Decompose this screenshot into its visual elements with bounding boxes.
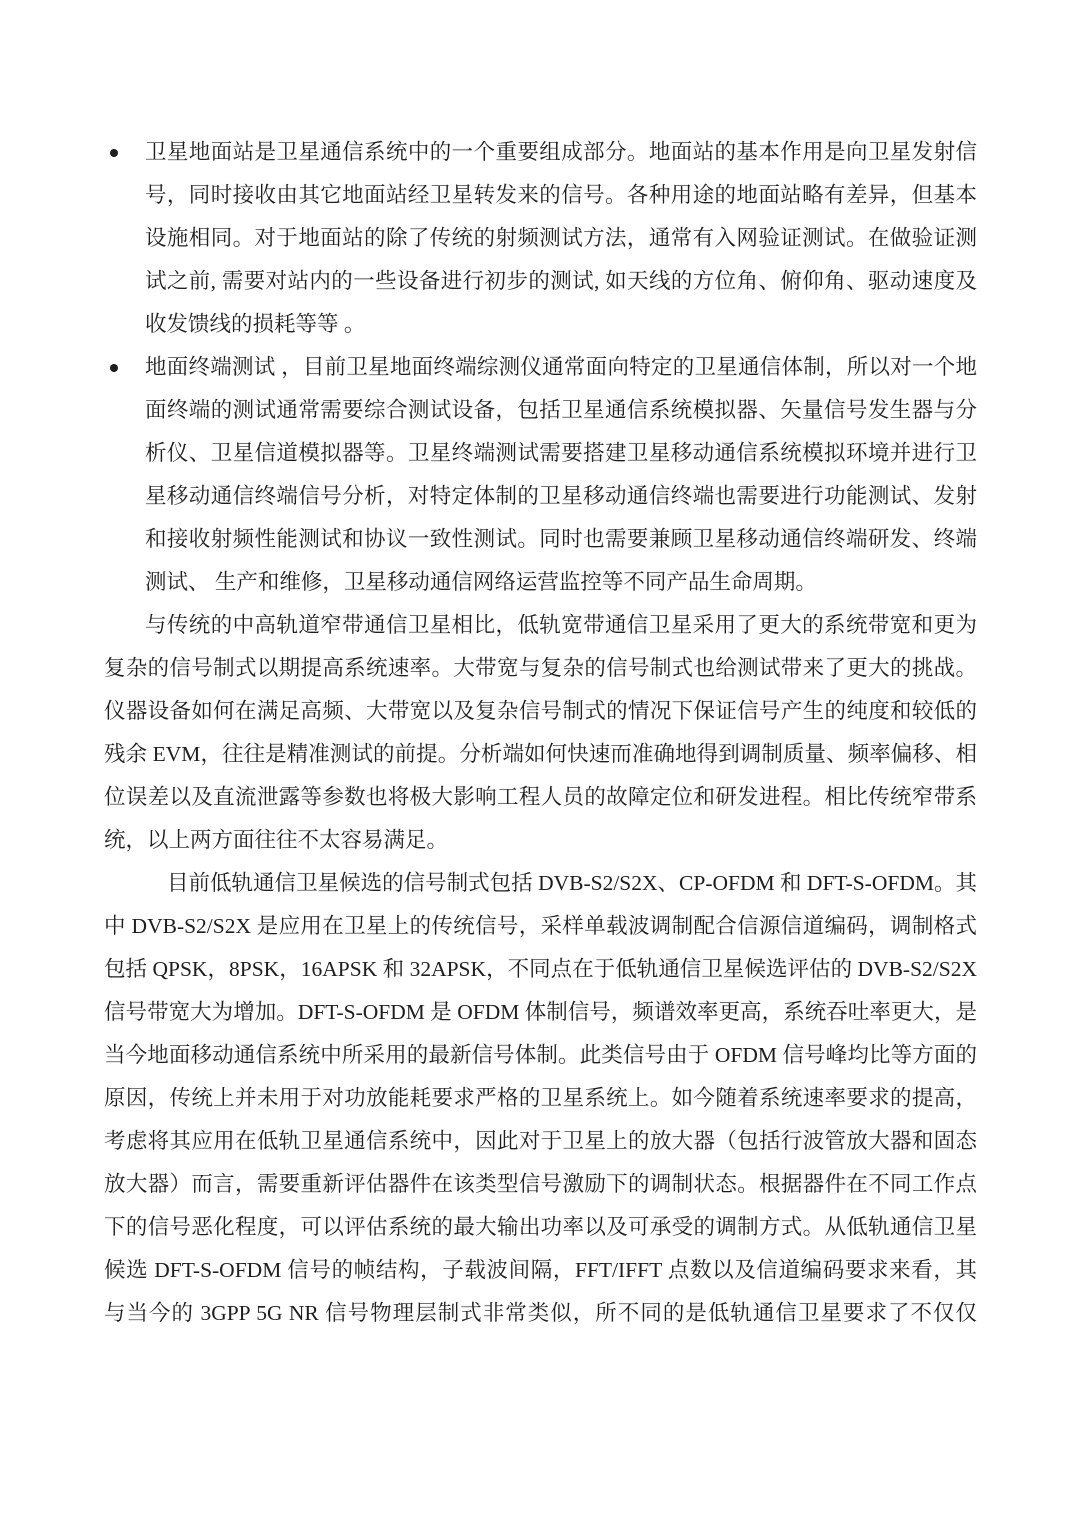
text-line: 试之前, 需要对站内的一些设备进行初步的测试, 如天线的方位角、俯仰角、驱动速度… xyxy=(145,260,977,303)
text-line: 测试、 生产和维修，卫星移动通信网络运营监控等不同产品生命周期。 xyxy=(145,561,977,604)
document-page: 卫星地面站是卫星通信系统中的一个重要组成部分。地面站的基本作用是向卫星发射信号，… xyxy=(0,0,1080,1527)
text-line: 卫星地面站是卫星通信系统中的一个重要组成部分。地面站的基本作用是向卫星发射信 xyxy=(145,131,977,174)
text-line: 号，同时接收由其它地面站经卫星转发来的信号。各种用途的地面站略有差异，但基本 xyxy=(145,174,977,217)
text-line: 与传统的中高轨道窄带通信卫星相比，低轨宽带通信卫星采用了更大的系统带宽和更为 xyxy=(104,604,977,647)
block-body: 卫星地面站是卫星通信系统中的一个重要组成部分。地面站的基本作用是向卫星发射信号，… xyxy=(145,131,977,346)
text-line: 统，以上两方面往往不太容易满足。 xyxy=(104,819,977,862)
text-line: 地面终端测试 ，目前卫星地面终端综测仪通常面向特定的卫星通信体制，所以对一个地 xyxy=(145,346,977,389)
text-line: 原因，传统上并未用于对功放能耗要求严格的卫星系统上。如今随着系统速率要求的提高， xyxy=(104,1077,977,1120)
text-line: 收发馈线的损耗等等 。 xyxy=(145,303,977,346)
text-line: 当今地面移动通信系统中所采用的最新信号体制。此类信号由于 OFDM 信号峰均比等… xyxy=(104,1034,977,1077)
block-body: 与传统的中高轨道窄带通信卫星相比，低轨宽带通信卫星采用了更大的系统带宽和更为复杂… xyxy=(104,604,977,862)
paragraph: 与传统的中高轨道窄带通信卫星相比，低轨宽带通信卫星采用了更大的系统带宽和更为复杂… xyxy=(104,604,977,862)
text-line: 放大器）而言，需要重新评估器件在该类型信号激励下的调制状态。根据器件在不同工作点 xyxy=(104,1163,977,1206)
bullet-marker-icon xyxy=(104,346,145,389)
text-line: 星移动通信终端信号分析，对特定体制的卫星移动通信终端也需要进行功能测试、发射 xyxy=(145,475,977,518)
text-line: 和接收射频性能测试和协议一致性测试。同时也需要兼顾卫星移动通信终端研发、终端 xyxy=(145,518,977,561)
block-body: 目前低轨通信卫星候选的信号制式包括 DVB-S2/S2X、CP-OFDM 和 D… xyxy=(104,862,977,1335)
text-line: 与当今的 3GPP 5G NR 信号物理层制式非常类似，所不同的是低轨通信卫星要… xyxy=(104,1292,977,1335)
text-line: 目前低轨通信卫星候选的信号制式包括 DVB-S2/S2X、CP-OFDM 和 D… xyxy=(104,862,977,905)
text-line: 复杂的信号制式以期提高系统速率。大带宽与复杂的信号制式也给测试带来了更大的挑战。 xyxy=(104,647,977,690)
text-line: 信号带宽大为增加。DFT-S-OFDM 是 OFDM 体制信号，频谱效率更高，系… xyxy=(104,991,977,1034)
text-line: 候选 DFT-S-OFDM 信号的帧结构，子载波间隔，FFT/IFFT 点数以及… xyxy=(104,1249,977,1292)
text-line: 析仪、卫星信道模拟器等。卫星终端测试需要搭建卫星移动通信系统模拟环境并进行卫 xyxy=(145,432,977,475)
paragraph: 目前低轨通信卫星候选的信号制式包括 DVB-S2/S2X、CP-OFDM 和 D… xyxy=(104,862,977,1335)
text-line: 面终端的测试通常需要综合测试设备，包括卫星通信系统模拟器、矢量信号发生器与分 xyxy=(145,389,977,432)
text-line: 考虑将其应用在低轨卫星通信系统中，因此对于卫星上的放大器（包括行波管放大器和固态 xyxy=(104,1120,977,1163)
text-line: 仪器设备如何在满足高频、大带宽以及复杂信号制式的情况下保证信号产生的纯度和较低的 xyxy=(104,690,977,733)
bullet-item: 地面终端测试 ，目前卫星地面终端综测仪通常面向特定的卫星通信体制，所以对一个地面… xyxy=(104,346,977,604)
text-line: 设施相同。对于地面站的除了传统的射频测试方法，通常有入网验证测试。在做验证测 xyxy=(145,217,977,260)
block-body: 地面终端测试 ，目前卫星地面终端综测仪通常面向特定的卫星通信体制，所以对一个地面… xyxy=(145,346,977,604)
text-line: 中 DVB-S2/S2X 是应用在卫星上的传统信号，采样单载波调制配合信源信道编… xyxy=(104,905,977,948)
document-content: 卫星地面站是卫星通信系统中的一个重要组成部分。地面站的基本作用是向卫星发射信号，… xyxy=(104,131,977,1335)
text-line: 包括 QPSK，8PSK，16APSK 和 32APSK，不同点在于低轨通信卫星… xyxy=(104,948,977,991)
text-line: 下的信号恶化程度，可以评估系统的最大输出功率以及可承受的调制方式。从低轨通信卫星 xyxy=(104,1206,977,1249)
bullet-item: 卫星地面站是卫星通信系统中的一个重要组成部分。地面站的基本作用是向卫星发射信号，… xyxy=(104,131,977,346)
text-line: 残余 EVM，往往是精准测试的前提。分析端如何快速而准确地得到调制质量、频率偏移… xyxy=(104,733,977,776)
text-line: 位误差以及直流泄露等参数也将极大影响工程人员的故障定位和研发进程。相比传统窄带系 xyxy=(104,776,977,819)
bullet-marker-icon xyxy=(104,131,145,174)
